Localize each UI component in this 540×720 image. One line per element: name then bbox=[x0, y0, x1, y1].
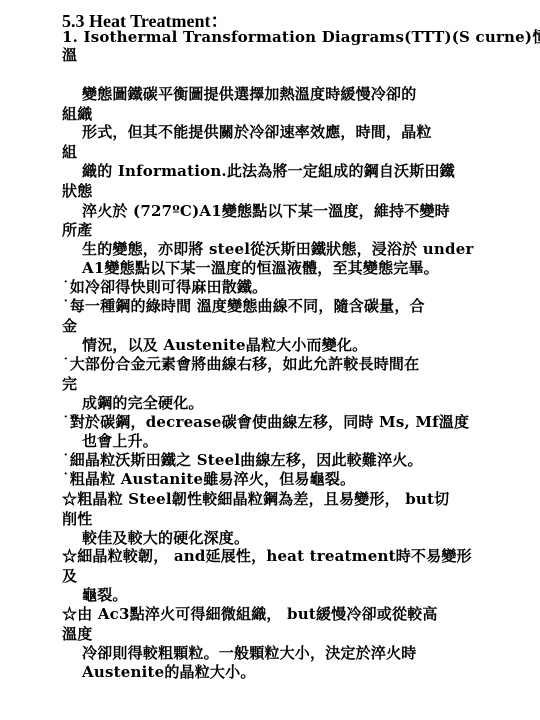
text-line: ˙細晶粒沃斯田鐵之 Steel曲線左移，因此較難淬火。 bbox=[62, 450, 423, 470]
text-line: ˙每一種鋼的綠時間 溫度變態曲線不同，隨含碳量，合 bbox=[62, 296, 425, 316]
text-line: 生的變態，亦即將 steel從沃斯田鐵狀態，浸浴於 under bbox=[82, 239, 474, 259]
text-line: ˙對於碳鋼，decrease碳會使曲線左移，同時 Ms, Mf溫度 bbox=[62, 412, 469, 432]
text-line: 溫度 bbox=[62, 624, 92, 644]
text-line: 及 bbox=[62, 566, 77, 586]
text-line: ˙粗晶粒 Austanite雖易淬火，但易龜裂。 bbox=[62, 469, 355, 489]
text-line: ☆由 Ac3點淬火可得細微組織， but緩慢冷卻或從較高 bbox=[62, 604, 438, 624]
text-line: 組織 bbox=[62, 104, 92, 124]
text-line: 組 bbox=[62, 142, 77, 162]
text-line: ☆細晶粒較韌， and延展性，heat treatment時不易變形 bbox=[62, 546, 472, 566]
text-line: A1變態點以下某一溫度的恒溫液體，至其變態完畢。 bbox=[82, 258, 439, 278]
text-line: 情況，以及 Austenite晶粒大小而變化。 bbox=[82, 335, 367, 355]
text-line: Austenite的晶粒大小。 bbox=[82, 662, 256, 682]
text-line: 成鋼的完全硬化。 bbox=[82, 393, 204, 413]
text-line: 冷卻則得較粗顆粒。一般顆粒大小，決定於淬火時 bbox=[82, 643, 416, 663]
text-line: 較佳及較大的硬化深度。 bbox=[82, 528, 249, 548]
text-line: 淬火於 (727ºC)A1變態點以下某一溫度，維持不變時 bbox=[82, 201, 450, 221]
text-line: ☆粗晶粒 Steel韌性較細晶粒鋼為差，且易變形， but切 bbox=[62, 489, 449, 509]
text-line: 龜裂。 bbox=[82, 585, 128, 605]
text-line: ˙大部份合金元素會將曲線右移，如此允許較長時間在 bbox=[62, 354, 419, 374]
text-line: 削性 bbox=[62, 509, 92, 529]
document-page: 5.3 Heat Treatment： 1. Isothermal Transf… bbox=[0, 0, 540, 720]
text-line: 1. Isothermal Transformation Diagrams(TT… bbox=[62, 27, 540, 47]
text-line: 溫 bbox=[62, 45, 77, 65]
text-line: 也會上升。 bbox=[82, 431, 158, 451]
text-line: 完 bbox=[62, 374, 77, 394]
text-line: 變態圖鐵碳平衡圖提供選擇加熱溫度時緩慢冷卻的 bbox=[82, 84, 416, 104]
text-line: 狀態 bbox=[62, 181, 92, 201]
text-line: 所產 bbox=[62, 220, 92, 240]
text-line: 織的 Information.此法為將一定組成的鋼自沃斯田鐵 bbox=[82, 161, 455, 181]
text-line: 金 bbox=[62, 316, 77, 336]
text-line: 形式，但其不能提供關於冷卻速率效應，時間，晶粒 bbox=[82, 122, 432, 142]
text-line: ˙如冷卻得快則可得麻田散鐵。 bbox=[62, 277, 267, 297]
